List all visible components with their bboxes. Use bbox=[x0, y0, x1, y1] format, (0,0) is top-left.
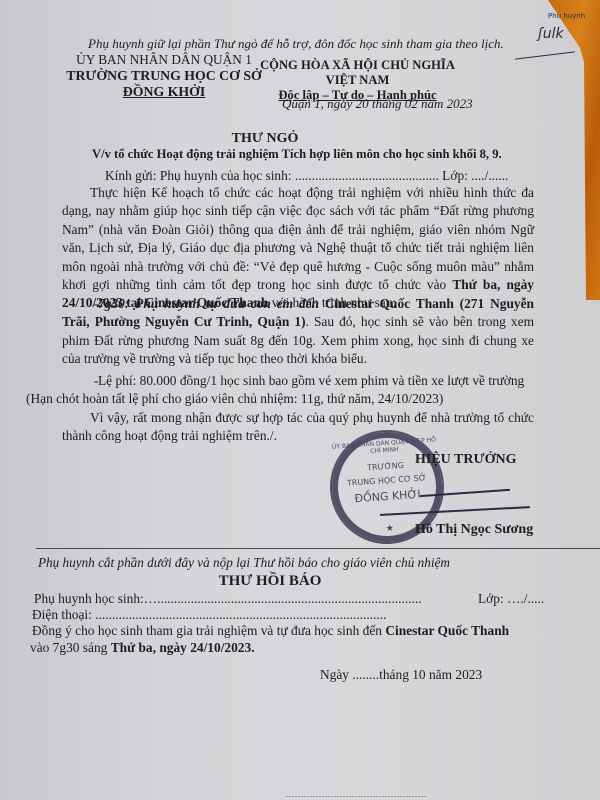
letter-subject: V/v tổ chức Hoạt động trải nghiệm Tích h… bbox=[92, 146, 502, 162]
consent-date: Thứ ba, ngày 24/10/2023. bbox=[111, 640, 255, 655]
handwritten-note: Phu huynh bbox=[548, 12, 585, 20]
issue-date: Quận 1, ngày 20 tháng 02 năm 2023 bbox=[282, 96, 473, 112]
bullet-dash: - bbox=[58, 295, 98, 313]
reply-date-field[interactable]: Ngày ........tháng 10 năm 2023 bbox=[320, 667, 482, 683]
seal-line-3: ĐỒNG KHỞI bbox=[332, 486, 443, 507]
reply-class-field[interactable]: Lớp: …./..... bbox=[478, 591, 544, 607]
greeting-line: Kính gửi: Phụ huynh của học sinh: ......… bbox=[105, 168, 508, 184]
schedule-item: -7g30: Phụ huynh tự đưa con em đến Cines… bbox=[62, 295, 534, 369]
country-name: CỘNG HÒA XÃ HỘI CHỦ NGHĨA VIỆT NAM bbox=[245, 58, 470, 88]
wooden-table-background bbox=[540, 0, 600, 300]
cut-line bbox=[36, 548, 600, 549]
district-committee: ỦY BAN NHÂN DÂN QUẬN 1 bbox=[64, 52, 264, 68]
fee-line: Lệ phí: 80.000 đồng/1 học sinh bao gồm v… bbox=[98, 373, 524, 388]
consent-text: Đồng ý cho học sinh tham gia trải nghiệm… bbox=[32, 623, 385, 638]
fee-item: -Lệ phí: 80.000 đồng/1 học sinh bao gồm … bbox=[62, 372, 534, 409]
handwritten-stroke bbox=[515, 51, 575, 59]
handwritten-signature: ʃulk bbox=[538, 26, 564, 42]
signer-name: Hồ Thị Ngọc Sương bbox=[415, 522, 533, 538]
signature-field[interactable]: ........................................… bbox=[286, 787, 427, 800]
letter-title: THƯ NGỎ bbox=[0, 131, 530, 147]
consent-line-2: vào 7g30 sáng Thứ ba, ngày 24/10/2023. bbox=[30, 640, 255, 656]
closing-paragraph: Vì vậy, rất mong nhận được sự hợp tác củ… bbox=[62, 409, 534, 446]
keep-note: Phụ huynh giữ lại phần Thư ngỏ để hỗ trợ… bbox=[88, 36, 504, 52]
issuing-authority: ỦY BAN NHÂN DÂN QUẬN 1 TRƯỜNG TRUNG HỌC … bbox=[64, 52, 264, 100]
school-name: ĐỒNG KHỞI bbox=[64, 84, 264, 100]
intro-text: Thực hiện Kế hoạch tổ chức các hoạt động… bbox=[62, 185, 534, 292]
signer-role: HIỆU TRƯỞNG bbox=[415, 452, 517, 468]
school-type: TRƯỜNG TRUNG HỌC CƠ SỞ bbox=[64, 68, 264, 84]
fee-deadline: (Hạn chót hoàn tất lệ phí cho giáo viên … bbox=[26, 391, 443, 406]
consent-line-1: Đồng ý cho học sinh tham gia trải nghiệm… bbox=[32, 623, 509, 639]
schedule-time: 7g30: Phụ huynh tự đưa con em đến bbox=[98, 296, 319, 311]
cut-instruction: Phụ huynh cắt phần dưới đây và nộp lại T… bbox=[38, 555, 450, 571]
phone-field[interactable]: Điện thoại: ............................… bbox=[32, 607, 386, 623]
reply-title: THƯ HỒI BÁO bbox=[0, 573, 540, 589]
bullet-dash: - bbox=[58, 372, 98, 390]
intro-paragraph: Thực hiện Kế hoạch tổ chức các hoạt động… bbox=[62, 184, 534, 313]
consent-place: Cinestar Quốc Thanh bbox=[385, 623, 509, 638]
consent-time: vào 7g30 sáng bbox=[30, 640, 111, 655]
parent-name-field[interactable]: Phụ huynh học sinh:…....................… bbox=[34, 591, 422, 607]
